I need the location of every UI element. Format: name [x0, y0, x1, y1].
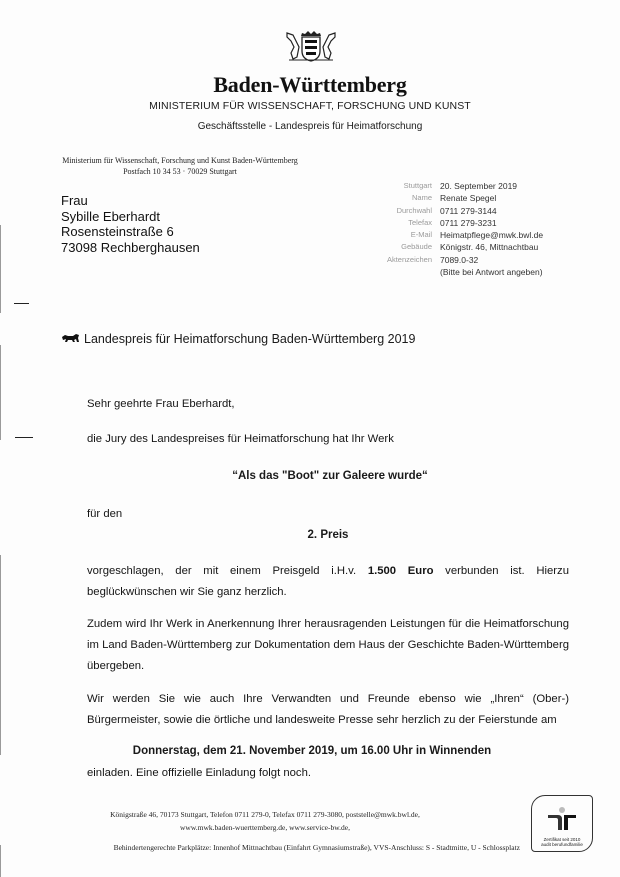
info-row-fax: Telefax0711 279-3231	[360, 217, 543, 229]
recipient-salutation: Frau	[61, 193, 200, 209]
sender-return-address: Ministerium für Wissenschaft, Forschung …	[30, 155, 330, 177]
fold-mark	[14, 303, 29, 304]
prize-rank: 2. Preis	[18, 529, 620, 541]
footer-line-2: www.mwk.baden-wuerttemberg.de, www.servi…	[15, 821, 515, 834]
paragraph-prize-money: vorgeschlagen, der mit einem Preisgeld i…	[87, 561, 569, 603]
info-block: Stuttgart20. September 2019 NameRenate S…	[360, 180, 543, 278]
work-title: “Als das "Boot" zur Galeere wurde“	[20, 470, 620, 482]
subject-line: Landespreis für Heimatforschung Baden-Wü…	[61, 332, 415, 346]
closing-line: einladen. Eine offizielle Einladung folg…	[87, 767, 569, 779]
for-the-line: für den	[87, 508, 569, 520]
footer-address: Königstraße 46, 70173 Stuttgart, Telefon…	[15, 808, 515, 834]
info-row-phone: Durchwahl0711 279-3144	[360, 205, 543, 217]
lion-icon	[61, 332, 80, 346]
info-row-note: (Bitte bei Antwort angeben)	[360, 266, 543, 278]
paragraph-invitation: Wir werden Sie wie auch Ihre Verwandten …	[87, 689, 569, 731]
ministry-name: MINISTERIUM FÜR WISSENSCHAFT, FORSCHUNG …	[0, 100, 620, 112]
info-row-reference: Aktenzeichen7089.0-32	[360, 254, 543, 266]
audit-berufundfamilie-badge: Zertifikat seit 2010 audit berufundfamil…	[531, 795, 593, 852]
subject-text: Landespreis für Heimatforschung Baden-Wü…	[84, 332, 415, 346]
intro-line: die Jury des Landespreises für Heimatfor…	[87, 433, 569, 445]
coat-of-arms-icon	[283, 27, 339, 63]
audit-logo-icon	[546, 806, 578, 830]
recipient-street: Rosensteinstraße 6	[61, 224, 200, 240]
office-name: Geschäftsstelle - Landespreis für Heimat…	[0, 121, 620, 132]
audit-caption: Zertifikat seit 2010 audit berufundfamil…	[532, 837, 592, 847]
event-date-location: Donnerstag, dem 21. November 2019, um 16…	[2, 745, 620, 757]
recipient-address: Frau Sybille Eberhardt Rosensteinstraße …	[61, 193, 200, 255]
sender-line-2: Postfach 10 34 53 · 70029 Stuttgart	[30, 166, 330, 177]
prize-amount: 1.500 Euro	[368, 565, 434, 577]
info-row-building: GebäudeKönigstr. 46, Mittnachtbau	[360, 241, 543, 253]
paragraph-archive: Zudem wird Ihr Werk in Anerkennung Ihrer…	[87, 614, 569, 677]
greeting: Sehr geehrte Frau Eberhardt,	[87, 398, 569, 410]
sender-line-1: Ministerium für Wissenschaft, Forschung …	[30, 155, 330, 166]
state-name: Baden-Württemberg	[0, 72, 620, 98]
footer-line-3: Behindertengerechte Parkplätze: Innenhof…	[0, 841, 520, 854]
info-row-email: E-MailHeimatpflege@mwk.bwl.de	[360, 229, 543, 241]
punch-mark	[15, 437, 33, 438]
recipient-city: 73098 Rechberghausen	[61, 240, 200, 256]
info-row-date: Stuttgart20. September 2019	[360, 180, 543, 192]
info-row-name: NameRenate Spegel	[360, 192, 543, 204]
recipient-name: Sybille Eberhardt	[61, 209, 200, 225]
footer-line-1: Königstraße 46, 70173 Stuttgart, Telefon…	[15, 808, 515, 821]
